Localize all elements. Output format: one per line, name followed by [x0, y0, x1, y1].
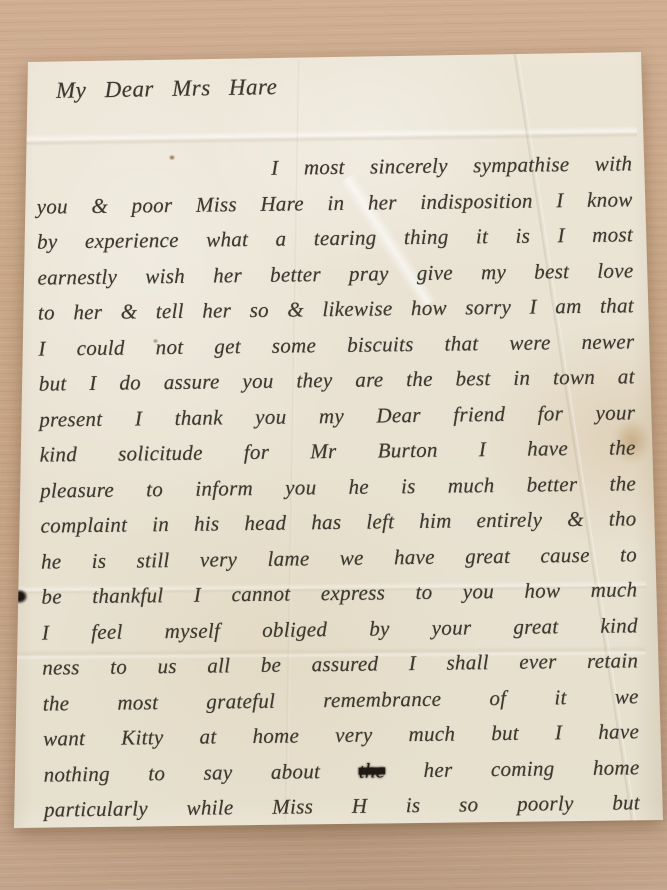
letter-line: particularly while Miss H is so poorly b… — [44, 785, 640, 828]
letter-salutation: My Dear Mrs Hare — [56, 74, 278, 104]
letter-paper: My Dear Mrs Hare I most sincerely sympat… — [0, 0, 667, 890]
strikethrough-word: the — [358, 758, 385, 782]
letter-body: I most sincerely sympathise with you & p… — [36, 146, 640, 828]
letter-text-after-strike: her coming home — [423, 755, 639, 782]
letter-text-before-strike: nothing to say about — [43, 759, 320, 786]
wooden-desk-background: My Dear Mrs Hare I most sincerely sympat… — [0, 0, 667, 890]
ink-blot-stain — [11, 589, 28, 604]
letter-paper-shadow: My Dear Mrs Hare I most sincerely sympat… — [0, 0, 667, 890]
fold-crease-horizontal-top — [22, 126, 637, 147]
